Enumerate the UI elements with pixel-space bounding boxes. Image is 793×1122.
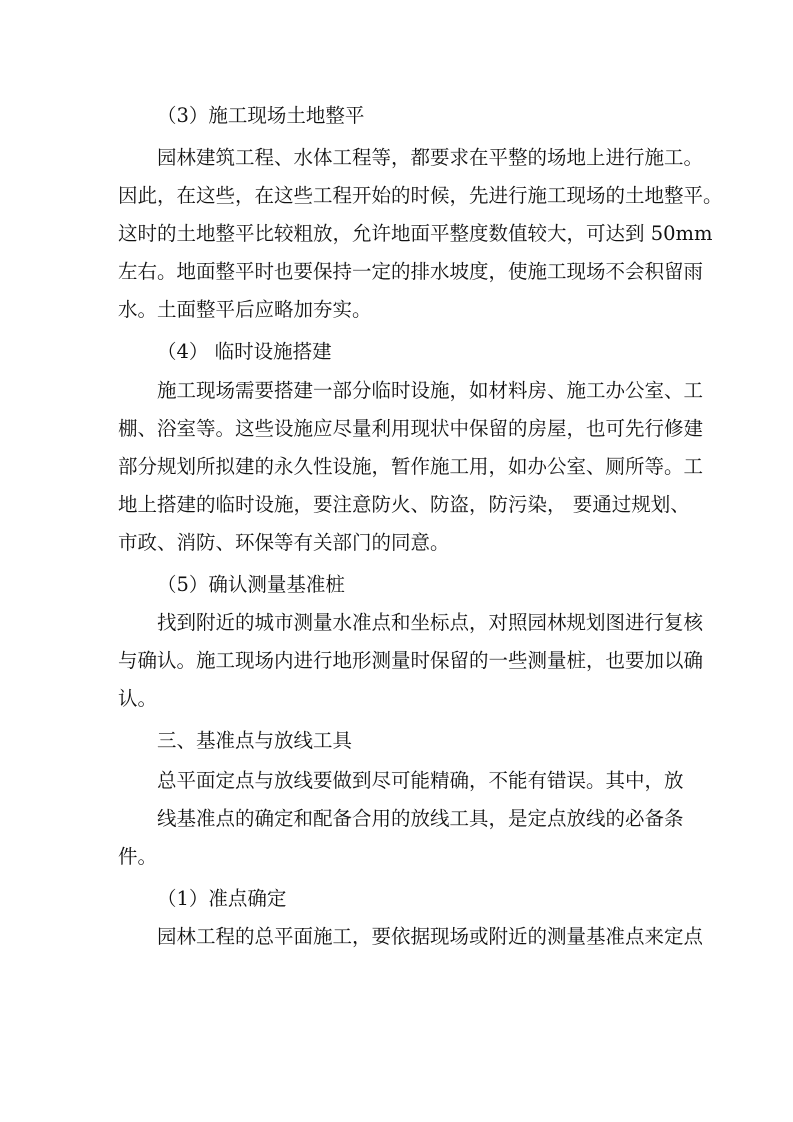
paragraph-line: 地上搭建的临时设施，要注意防火、防盗，防污染， 要通过规划、 <box>118 493 675 517</box>
paragraph-line: 部分规划所拟建的永久性设施，暂作施工用，如办公室、厕所等。工 <box>118 455 675 479</box>
paragraph-line: 因此，在这些，在这些工程开始的时候，先进行施工现场的土地整平。 <box>118 184 675 208</box>
document-page: （3）施工现场土地整平园林建筑工程、水体工程等，都要求在平整的场地上进行施工。因… <box>0 0 793 1122</box>
paragraph-line: 左右。地面整平时也要保持一定的排水坡度，使施工现场不会积留雨 <box>118 260 675 284</box>
paragraph-line: 件。 <box>118 845 675 869</box>
section-heading: （1）准点确定 <box>157 887 675 911</box>
paragraph-line: 找到附近的城市测量水准点和坐标点，对照园林规划图进行复核 <box>157 611 675 635</box>
paragraph-line: 线基准点的确定和配备合用的放线工具，是定点放线的必备条 <box>157 807 675 831</box>
paragraph-line: 园林建筑工程、水体工程等，都要求在平整的场地上进行施工。 <box>157 146 675 170</box>
section-heading: （5）确认测量基准桩 <box>157 573 675 597</box>
section-heading: 三、基准点与放线工具 <box>157 729 675 753</box>
paragraph-line: 这时的土地整平比较粗放，允许地面平整度数值较大，可达到 50mm <box>118 222 675 246</box>
section-heading: （3）施工现场土地整平 <box>157 104 675 128</box>
paragraph-line: 施工现场需要搭建一部分临时设施，如材料房、施工办公室、工 <box>157 379 675 403</box>
paragraph-line: 水。土面整平后应略加夯实。 <box>118 298 675 322</box>
paragraph-line: 棚、浴室等。这些设施应尽量利用现状中保留的房屋，也可先行修建 <box>118 417 675 441</box>
paragraph-line: 市政、消防、环保等有关部门的同意。 <box>118 531 675 555</box>
paragraph-line: 与确认。施工现场内进行地形测量时保留的一些测量桩，也要加以确 <box>118 649 675 673</box>
section-heading: （4） 临时设施搭建 <box>157 340 675 364</box>
paragraph-line: 认。 <box>118 687 675 711</box>
paragraph-line: 园林工程的总平面施工，要依据现场或附近的测量基准点来定点 <box>157 925 675 949</box>
paragraph-line: 总平面定点与放线要做到尽可能精确，不能有错误。其中，放 <box>157 769 675 793</box>
